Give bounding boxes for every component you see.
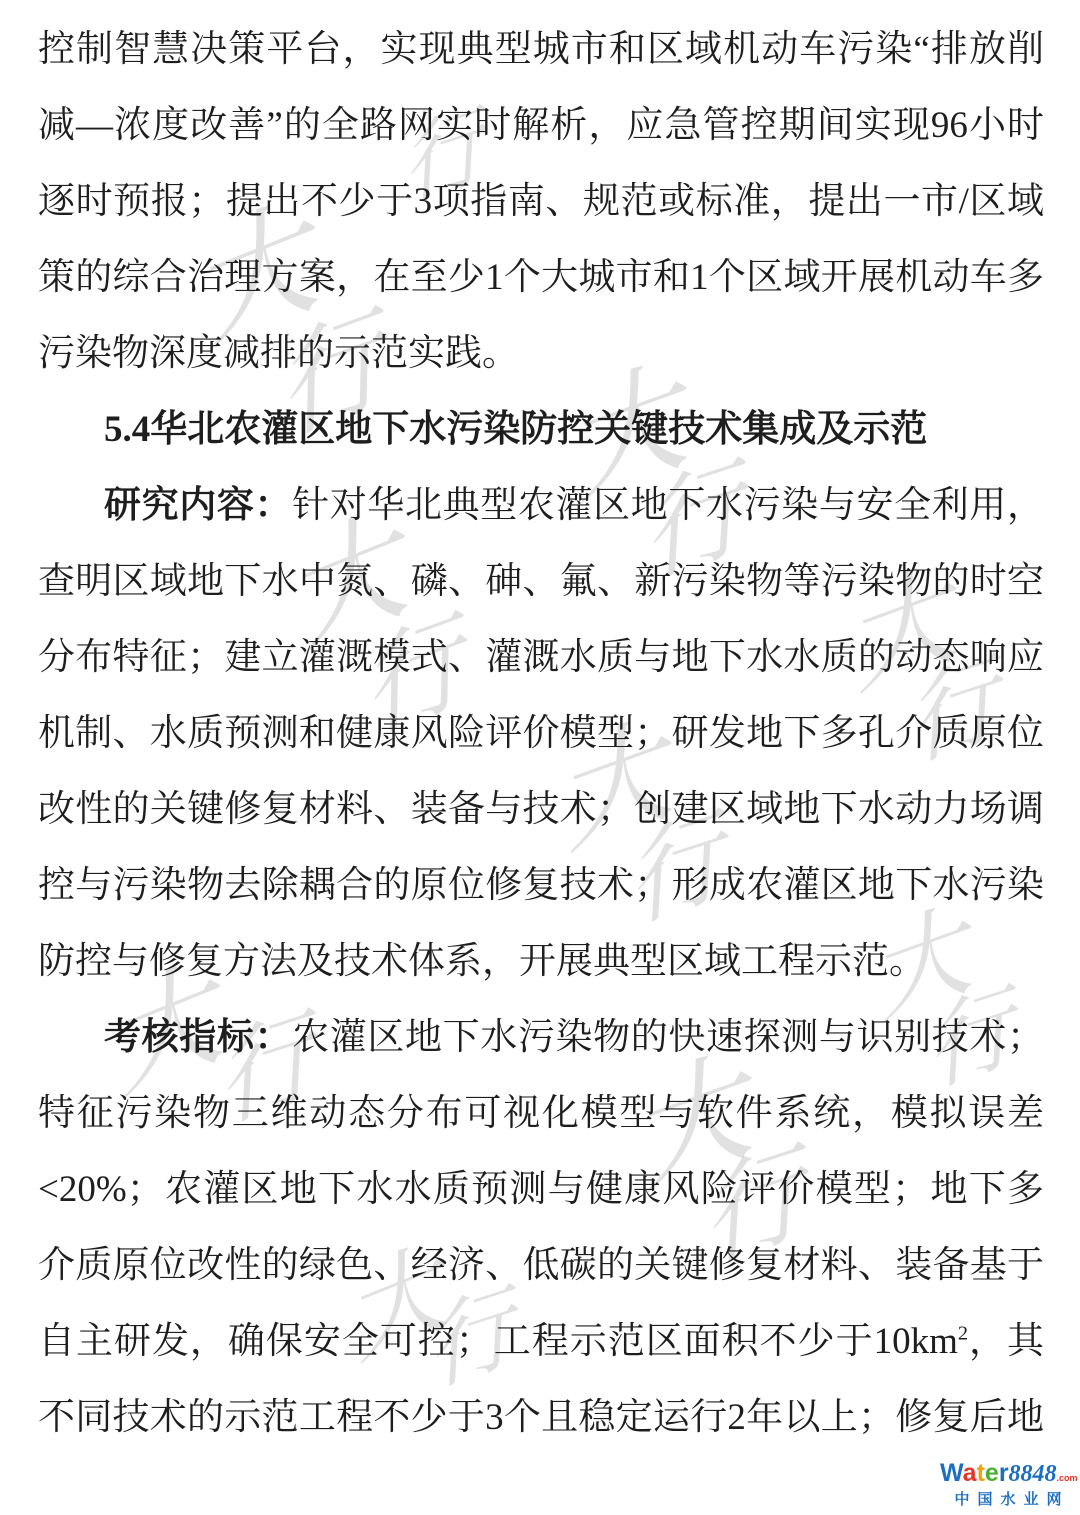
line-text: 自主研发，确保安全可控；工程示范区面积不少于10km [38, 1321, 958, 1362]
line-text: 减—浓度改善”的全路网实时解析，应急管控期间实现96小时 [38, 105, 1044, 146]
text-line: 防控与修复方法及技术体系，开展典型区域工程示范。 [38, 924, 1044, 1000]
line-text: 查明区域地下水中氮、磷、砷、氟、新污染物等污染物的时空 [38, 561, 1044, 602]
logo-letter: a [963, 1459, 977, 1487]
logo-letter: r [999, 1459, 1009, 1487]
text-line: 逐时预报；提出不少于3项指南、规范或标准，提出一市/区域一 [38, 164, 1044, 240]
line-text: 污染物深度减排的示范实践。 [38, 333, 519, 374]
logo-brand-number: 8848 [1009, 1461, 1057, 1487]
logo-tagline: 中国水业网 [940, 1491, 1076, 1509]
line-text: <20%；农灌区地下水水质预测与健康风险评价模型；地下多孔 [38, 1169, 1044, 1228]
logo-letter: e [985, 1459, 999, 1487]
text-line: 控与污染物去除耦合的原位修复技术；形成农灌区地下水污染 [38, 848, 1044, 924]
line-text: 介质原位改性的绿色、经济、低碳的关键修复材料、装备基于 [38, 1245, 1044, 1286]
line-text: 改性的关键修复材料、装备与技术；创建区域地下水动力场调 [38, 789, 1044, 830]
logo-letter: W [940, 1459, 963, 1487]
line-text: 针对华北典型农灌区地下水污染与安全利用， [292, 485, 1044, 526]
line-text: 特征污染物三维动态分布可视化模型与软件系统，模拟误差 [38, 1093, 1044, 1134]
text-line: 机制、水质预测和健康风险评价模型；研发地下多孔介质原位 [38, 696, 1044, 772]
text-line: 研究内容：针对华北典型农灌区地下水污染与安全利用， [38, 468, 1044, 544]
bold-label: 考核指标： [104, 1017, 292, 1058]
document-text-block: 控制智慧决策平台，实现典型城市和区域机动车污染“排放削减—浓度改善”的全路网实时… [38, 12, 1044, 1456]
text-line: 污染物深度减排的示范实践。 [38, 316, 1044, 392]
text-line: 减—浓度改善”的全路网实时解析，应急管控期间实现96小时 [38, 88, 1044, 164]
text-line: 考核指标：农灌区地下水污染物的快速探测与识别技术； [38, 1000, 1044, 1076]
text-line: 介质原位改性的绿色、经济、低碳的关键修复材料、装备基于 [38, 1228, 1044, 1304]
text-line: 策的综合治理方案，在至少1个大城市和1个区域开展机动车多 [38, 240, 1044, 316]
superscript: 2 [958, 1323, 968, 1345]
text-line: <20%；农灌区地下水水质预测与健康风险评价模型；地下多孔 [38, 1152, 1044, 1228]
line-text: 策的综合治理方案，在至少1个大城市和1个区域开展机动车多 [38, 257, 1044, 298]
logo-brand-letters: Water [940, 1459, 1009, 1487]
line-text: 5.4华北农灌区地下水污染防控关键技术集成及示范 [104, 409, 927, 450]
logo-letter: t [977, 1459, 985, 1487]
text-line: 控制智慧决策平台，实现典型城市和区域机动车污染“排放削 [38, 12, 1044, 88]
site-logo: Water8848.com 中国水业网 [940, 1460, 1076, 1509]
text-line: 特征污染物三维动态分布可视化模型与软件系统，模拟误差 [38, 1076, 1044, 1152]
text-line: 改性的关键修复材料、装备与技术；创建区域地下水动力场调 [38, 772, 1044, 848]
line-text: 逐时预报；提出不少于3项指南、规范或标准，提出一市/区域一 [38, 181, 1044, 240]
logo-domain-suffix: .com [1057, 1473, 1078, 1483]
line-text: 不同技术的示范工程不少于3个且稳定运行2年以上；修复后地 [38, 1397, 1044, 1438]
line-text: 分布特征；建立灌溉模式、灌溉水质与地下水水质的动态响应 [38, 637, 1044, 678]
text-line: 查明区域地下水中氮、磷、砷、氟、新污染物等污染物的时空 [38, 544, 1044, 620]
text-line: 不同技术的示范工程不少于3个且稳定运行2年以上；修复后地 [38, 1380, 1044, 1456]
logo-brand: Water8848.com [940, 1460, 1076, 1491]
line-text: 防控与修复方法及技术体系，开展典型区域工程示范。 [38, 941, 926, 982]
bold-label: 研究内容： [104, 485, 292, 526]
section-heading: 5.4华北农灌区地下水污染防控关键技术集成及示范 [38, 392, 1044, 468]
line-text: 农灌区地下水污染物的快速探测与识别技术； [292, 1017, 1044, 1058]
line-text: 控制智慧决策平台，实现典型城市和区域机动车污染“排放削 [38, 29, 1044, 70]
text-line: 自主研发，确保安全可控；工程示范区面积不少于10km2，其中 [38, 1304, 1044, 1380]
text-line: 分布特征；建立灌溉模式、灌溉水质与地下水水质的动态响应 [38, 620, 1044, 696]
line-text: 控与污染物去除耦合的原位修复技术；形成农灌区地下水污染 [38, 865, 1044, 906]
line-text: 机制、水质预测和健康风险评价模型；研发地下多孔介质原位 [38, 713, 1044, 754]
